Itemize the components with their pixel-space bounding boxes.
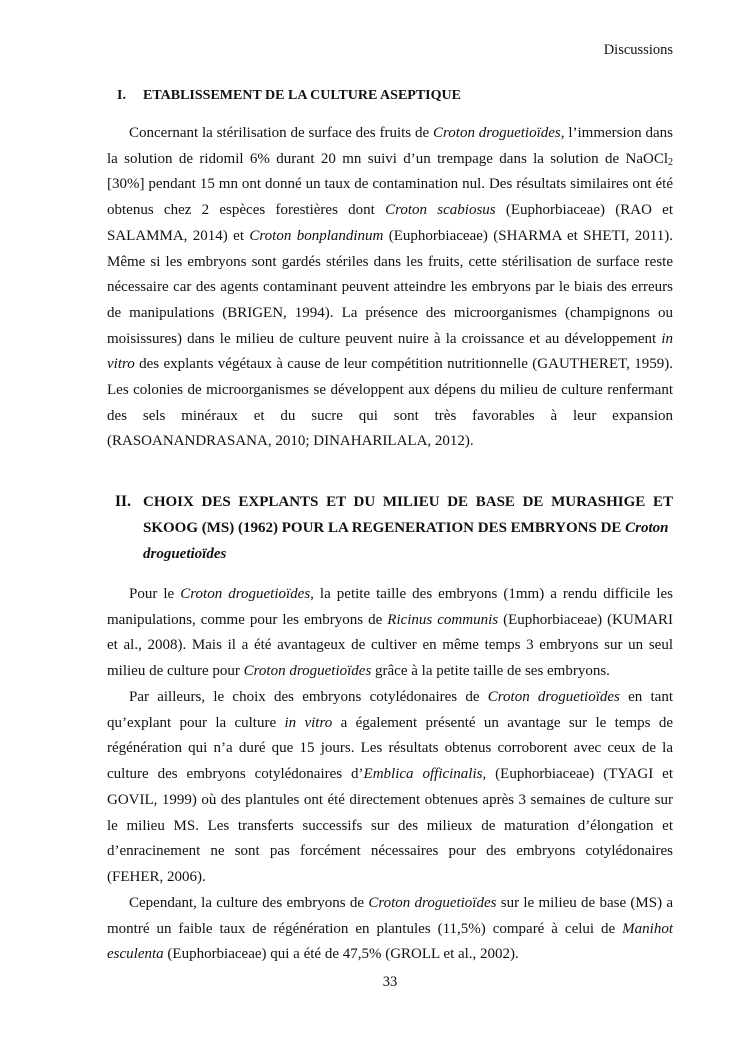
text: des explants végétaux à cause de leur co… [107,356,673,449]
species-name: Croton [625,520,668,536]
species-name: Croton droguetioïdes [368,895,496,911]
section-title-line: SKOOG (MS) (1962) POUR LA REGENERATION D… [143,520,625,536]
section-heading-1: I.ETABLISSEMENT DE LA CULTURE ASEPTIQUE [117,88,461,104]
section-number: I. [117,88,143,104]
species-name: Croton droguetioïdes [488,689,620,705]
paragraph: Concernant la stérilisation de surface d… [107,121,673,455]
species-name: Emblica officinalis [364,766,483,782]
section-title-line: CHOIX DES EXPLANTS ET DU MILIEU DE BASE … [143,489,673,515]
species-name: Croton droguetioïdes [244,663,372,679]
text: Concernant la stérilisation de surface d… [129,125,433,141]
species-name: Ricinus communis [387,612,498,628]
text: Cependant, la culture des embryons de [129,895,368,911]
page-number: 33 [107,974,673,991]
species-name: Croton droguetioïdes, [180,586,314,602]
text: grâce à la petite taille de ses embryons… [371,663,610,679]
section-heading-2: II. CHOIX DES EXPLANTS ET DU MILIEU DE B… [115,489,673,567]
text: Pour le [129,586,180,602]
species-name: Croton scabiosus [385,202,496,218]
species-name: droguetioïdes [143,546,226,562]
text: Par ailleurs, le choix des embryons coty… [129,689,488,705]
paragraph: Cependant, la culture des embryons de Cr… [107,891,673,968]
latin-term: in vitro [284,715,332,731]
section-title: CHOIX DES EXPLANTS ET DU MILIEU DE BASE … [143,489,673,567]
text: (Euphorbiaceae) qui a été de 47,5% (GROL… [164,946,519,962]
text: , (Euphorbiaceae) (TYAGI et GOVIL, 1999)… [107,766,673,885]
section-number: II. [115,489,131,515]
text: (Euphorbiaceae) (SHARMA et SHETI, 2011).… [107,228,673,347]
paragraph: Pour le Croton droguetioïdes, la petite … [107,582,673,685]
section-title: ETABLISSEMENT DE LA CULTURE ASEPTIQUE [143,88,461,103]
species-name: Croton droguetioïdes [433,125,561,141]
paragraph: Par ailleurs, le choix des embryons coty… [107,685,673,891]
running-header: Discussions [604,42,673,59]
species-name: Croton bonplandinum [249,228,383,244]
subscript: 2 [668,157,673,168]
